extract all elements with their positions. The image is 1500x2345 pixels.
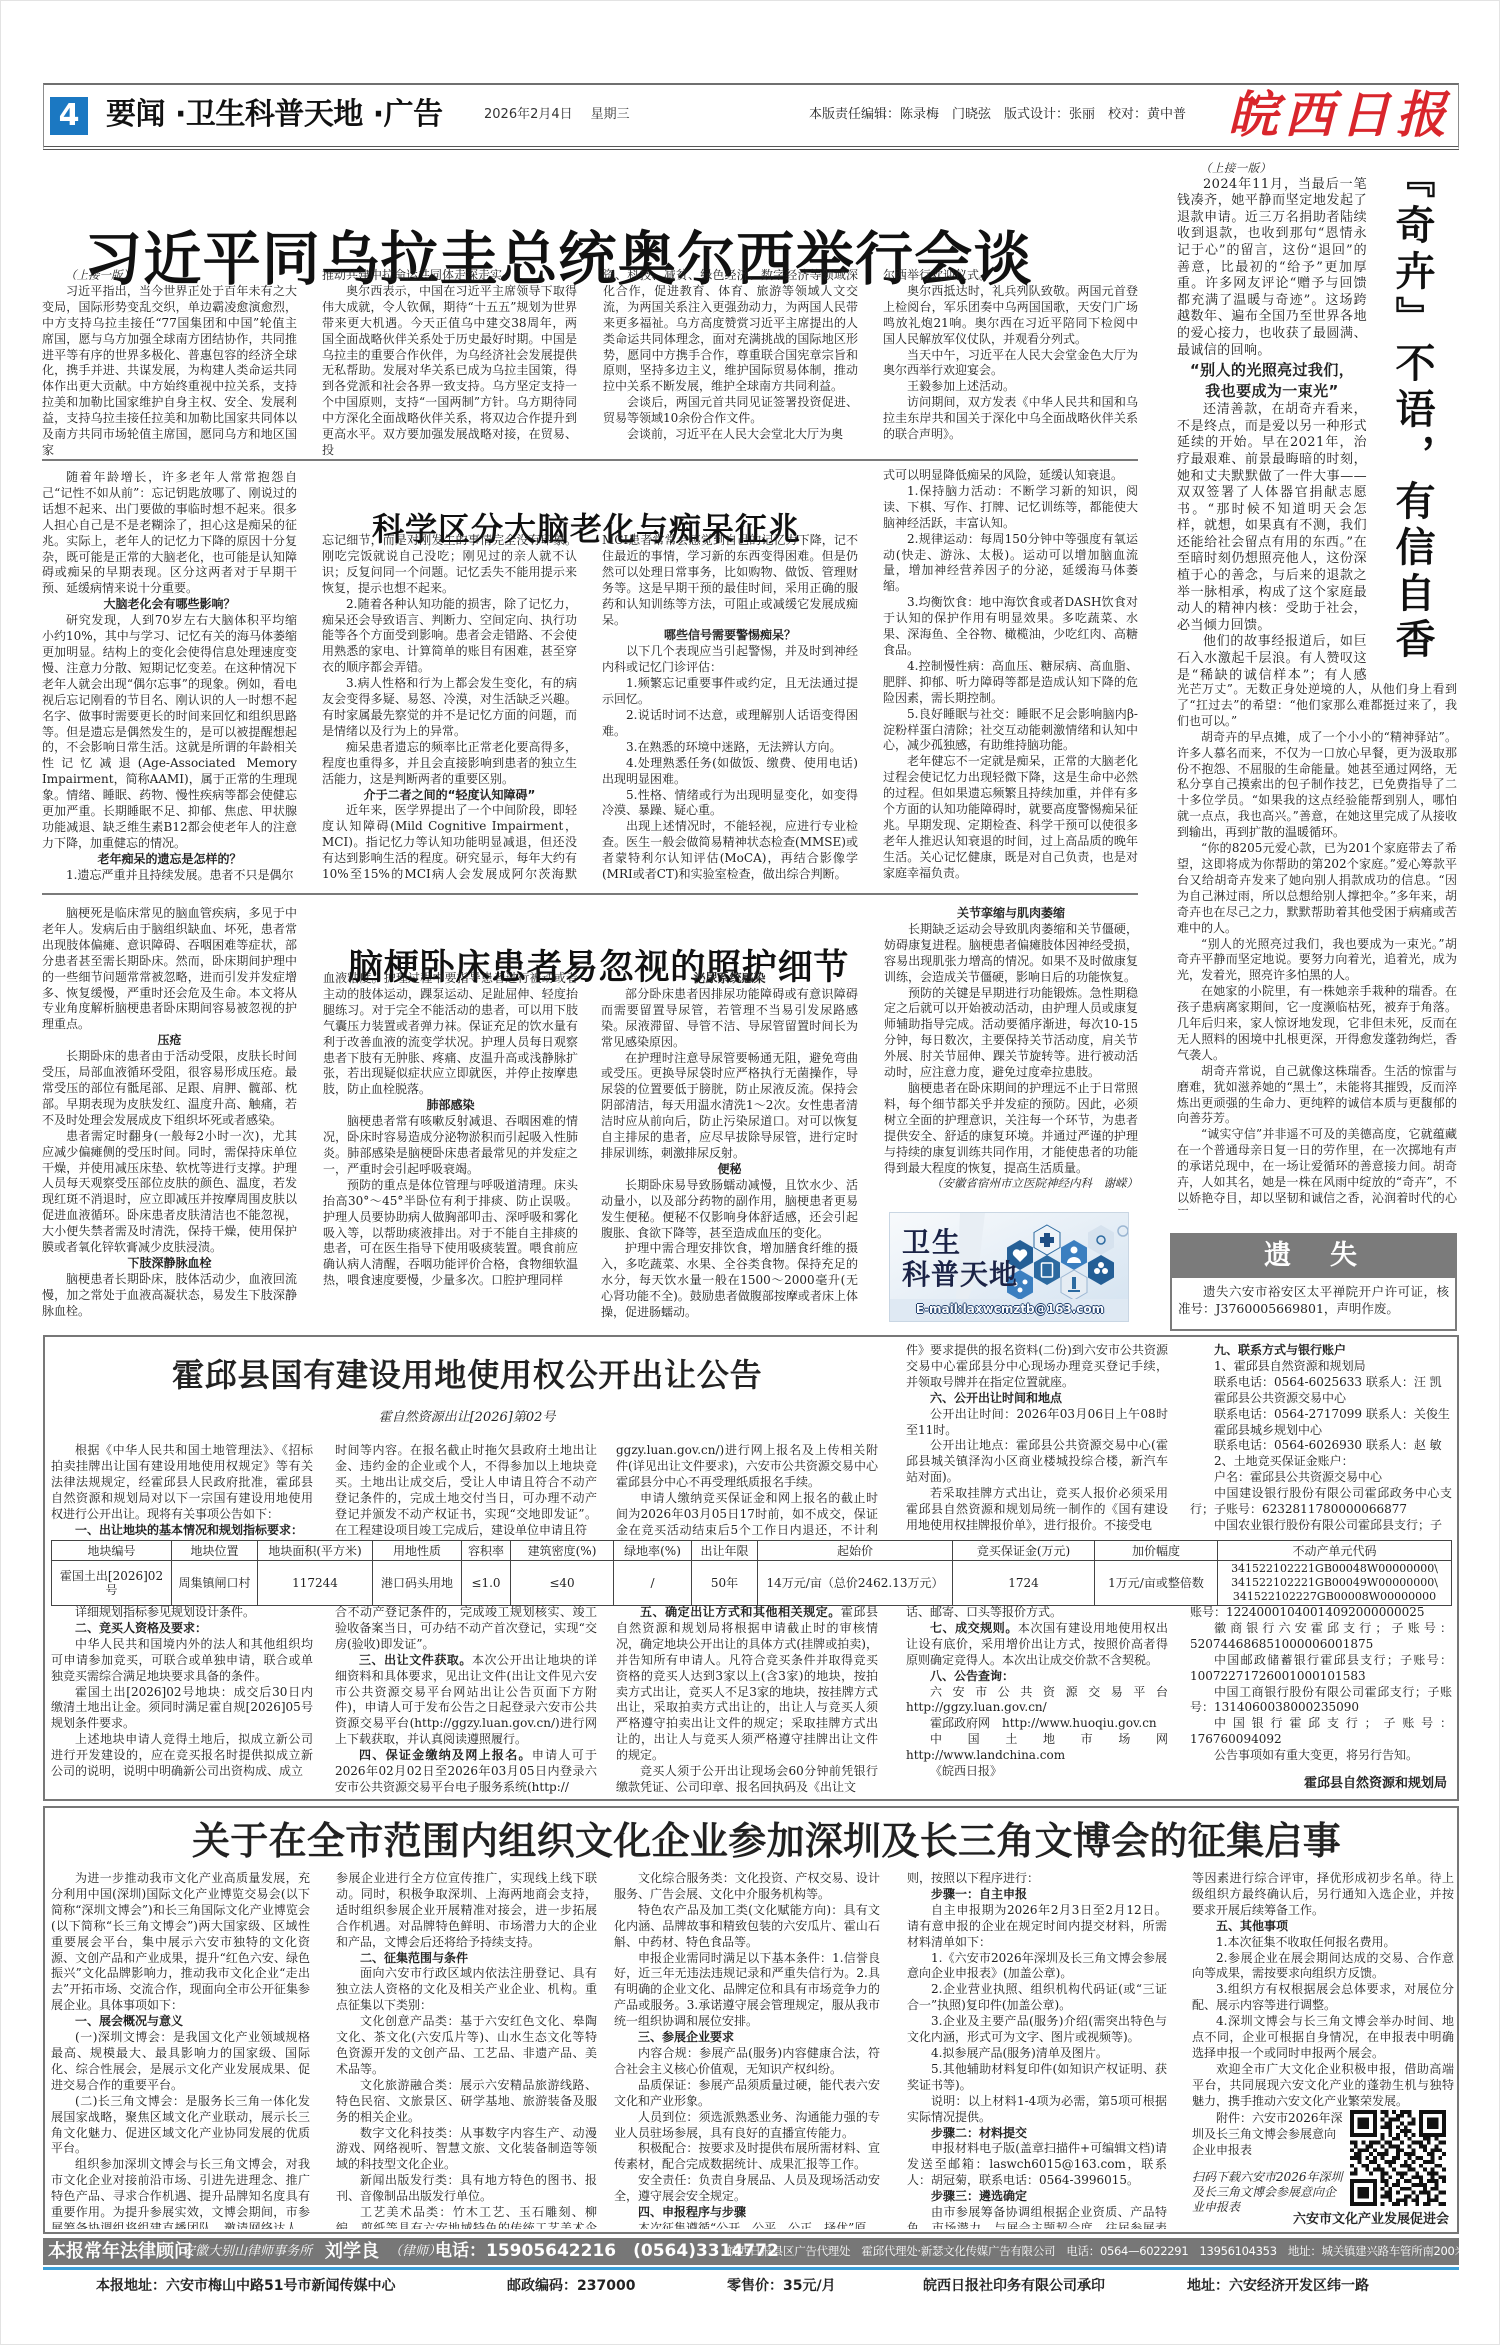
subheading: 大脑老化会有哪些影响？	[42, 597, 297, 613]
paragraph: 文化旅游融合类：展示六安精品旅游线路、特色民宿、文旅景区、研学基地、旅游装备及服…	[336, 2078, 597, 2126]
paragraph: 脑梗患者长期卧床，肢体活动少，血液回流慢，加之常处于血液高凝状态，易发生下肢深静…	[42, 1272, 297, 1320]
paragraph: 内容合规：参展产品(服务)内容健康合法，符合社会主义核心价值观，无知识产权纠纷。	[614, 2046, 880, 2078]
paragraph: “诚实守信”并非遥不可及的美德高度，它就蕴藏在一个普通母亲日复一日的劳作里，在一…	[1177, 1127, 1457, 1210]
notice-signature: 六安市文化产业发展促进会	[1293, 2211, 1449, 2229]
paragraph-continued: 时间等内容。在报名截止时拖欠县政府土地出让金、违约金的企业或个人，不得参加以上地…	[335, 1443, 597, 1538]
paragraph: 竞买人须于公开出让现场会60分钟前凭银行缴款凭证、公司印章、报名回执码及《出让文	[616, 1764, 878, 1795]
paragraph: 中国工商银行股份有限公司霍邱支行；子账号：1314060038000235090	[1190, 1685, 1452, 1717]
office-address: 本报地址：六安市梅山中路51号市新闻传媒中心	[96, 2276, 395, 2296]
law-firm-name: 安徽大别山律师事务所	[182, 2238, 312, 2265]
property-unit-code-cell: 341522102221GB00048W00000000\ 3415221022…	[1218, 1561, 1452, 1606]
plot-ratio-cell: ≤1.0	[462, 1561, 511, 1606]
section-heading: 步骤二：材料提交	[907, 2126, 1167, 2142]
paragraph: 中国土地市场网 http://www.landchina.com	[906, 1732, 1168, 1764]
parcel-location-cell: 周集镇闸口村	[172, 1561, 258, 1606]
paragraph: 自主申报期为2026年2月3日至2月12日。请有意申报的企业在规定时间内提交材料…	[907, 1903, 1167, 1951]
lawyer-title: （律师）	[389, 2238, 441, 2265]
paragraph: 六安市公共资源交易平台 http://ggzy.luan.gov.cn/	[906, 1685, 1168, 1717]
unit-code: 341522102221GB00049W00000000\	[1220, 1576, 1449, 1590]
paragraph: 长期卧床易导致肠蠕动减慢，且饮水少、活动量小，以及部分药物的副作用，脑梗患者更易…	[601, 1178, 858, 1242]
notice-column: ggzy.luan.gov.cn/)进行网上报名及上传相关附件(详见出让文件要求…	[616, 1443, 878, 1539]
paragraph: 三、出让文件获取。本次公开出让地块的详细资料和具体要求，见出让文件(出让文件见六…	[335, 1653, 597, 1748]
paragraph: 在护理时注意导尿管要畅通无阻，避免弯曲或受压。更换导尿袋时应严格执行无菌操作，导…	[601, 1051, 858, 1162]
paragraph: 数字文化科技类：从事数字内容生产、动漫游戏、网络视听、智慧文旅、文化装备制造等领…	[336, 2126, 597, 2174]
column-header: 出让年限	[692, 1541, 758, 1561]
paragraph: 会谈后，两国元首共同见证签署投资促进、贸易等领域10余份合作文件。	[603, 395, 858, 427]
paragraph: 七、成交规则。本次国有建设用地使用权出让设有底价，采用增价出让方式，按照价高者得…	[906, 1621, 1168, 1669]
run-in-heading: 三、出让文件获取。	[359, 1653, 472, 1667]
paragraph-continued: 血液粘度。护理过程中要指导患者进行被动或者主动的肢体运动，踝泵运动、足趾屈伸、轻…	[323, 971, 578, 1098]
paragraph: 脑梗患者在卧床期间的护理远不止于日常照料，每个细节都关乎并发症的预防。因此，必须…	[884, 1081, 1138, 1176]
notice-signature: 霍邱县自然资源和规划局	[1304, 1775, 1447, 1793]
paragraph: 5.性格、情绪或行为出现明显变化，如变得冷漠、暴躁、疑心重。	[602, 788, 858, 820]
continued-from-note: （上接一版）	[1177, 160, 1367, 177]
subheading: 肺部感染	[323, 1098, 578, 1114]
paragraph: 积极配合：按要求及时提供布展所需材料、宣传素材，配合完成数据统计、成果汇报等工作…	[614, 2141, 880, 2173]
paragraph: 徽商银行六安霍邱支行；子账号：520744686851000006001875	[1190, 1621, 1452, 1653]
notice-column: 则，按照以下程序进行：步骤一：自主申报自主申报期为2026年2月3日至2月12日…	[907, 1871, 1167, 2229]
paragraph-continued: 尔西举行欢迎仪式。	[883, 268, 1138, 284]
article-column: 关节挛缩与肌肉萎缩长期缺乏运动会导致肌肉萎缩和关节僵硬，妨碍康复进程。脑梗患者偏…	[884, 906, 1138, 1204]
legal-advisor-label: 本报常年法律顾问	[48, 2238, 192, 2265]
subheading: 老年痴呆的遗忘是怎样的？	[42, 852, 297, 868]
column-header: 地块面积(平方米)	[258, 1541, 373, 1561]
paragraph: 长期卧床的患者由于活动受限，皮肤长时间受压，局部血液循环受阻，很容易形成压疮。最…	[42, 1049, 297, 1129]
subheading: 泌尿系统感染	[601, 971, 858, 987]
article-column: 式可以明显降低痴呆的风险，延缓认知衰退。1.保持脑力活动：不断学习新的知识，阅读…	[883, 468, 1138, 883]
paragraph: 公开出让地点：霍邱县公共资源交易中心(霍邱县城关镇泽沟小区商业楼城投综合楼，新汽…	[906, 1438, 1168, 1486]
paragraph: 还清善款，在胡奇卉看来，不是终点，而是爱以另一种形式延续的开始。早在2021年，…	[1177, 402, 1367, 634]
page-header: 4 要闻 ·卫生科普天地 ·广告 2026年2月4日星期三 本版责任编辑：陈录梅…	[43, 83, 1459, 150]
retail-price: 零售价：35元/月	[727, 2276, 836, 2296]
section-heading: 二、竞买人资格及要求：	[51, 1621, 313, 1637]
subheading: “别人的光照亮过我们，	[1177, 360, 1367, 380]
paragraph: 2.参展企业在展会期间达成的交易、合作意向等成果，需按要求向组织方反馈。	[1192, 1951, 1454, 1983]
footer-divider	[43, 2267, 1459, 2270]
attachment-note: 附件：六安市2026年深圳及长三角文博会参展意向企业申报表	[1192, 2110, 1344, 2158]
article-column: 泌尿系统感染部分卧床患者因排尿功能障碍或有意识障碍而需要留置导尿管，若管理不当易…	[601, 971, 858, 1330]
notice-column: 账号：12240001040014092000000025徽商银行六安霍邱支行；…	[1190, 1605, 1452, 1770]
subheading: 介于二者之间的“轻度认知障碍”	[322, 788, 577, 804]
paragraph: 公告事项如有重大变更，将另行告知。	[1190, 1748, 1452, 1764]
paragraph: 中华人民共和国境内外的法人和其他组织均可申请参加竞买，可联合或单独申请，联合或单…	[51, 1637, 313, 1685]
lawyer-name: 刘学良	[325, 2238, 379, 2265]
paragraph: 患者需定时翻身(一般每2小时一次)，尤其应减少偏瘫侧的受压时间。同时，需保持床单…	[42, 1129, 297, 1256]
paragraph: 人员到位：须选派熟悉业务、沟通能力强的专业人员驻场参展，具有良好的直播宣传能力。	[614, 2110, 880, 2142]
paragraph: 2.规律运动：每周150分钟中等强度有氧运动(快走、游泳、太极)。运动可以增加脑…	[883, 532, 1138, 596]
feature-vertical-title: 『奇卉』不语，有信自香	[1384, 158, 1440, 678]
paragraph: 文化创意产品类：基于六安红色文化、皋陶文化、茶文化(六安瓜片等)、山水生态文化等…	[336, 2014, 597, 2078]
paragraph: 说明：以上材料1-4项为必需，第5项可根据实际情况提供。	[907, 2094, 1167, 2126]
paragraph: 欢迎全市广大文化企业积极申报，借助高端平台，共同展现六安文化产业的蓬勃生机与独特…	[1192, 2062, 1454, 2107]
column-header: 不动产单元代码	[1218, 1541, 1452, 1561]
paragraph: 根据《中华人民共和国土地管理法》、《招标拍卖挂牌出让国有建设用地使用权规定》等有…	[51, 1443, 313, 1523]
paragraph: 本次征集遵循“公开、公平、公正、择优”原	[614, 2221, 880, 2229]
section-heading: 六、公开出让时间和地点	[906, 1391, 1168, 1407]
section-divider	[42, 893, 1138, 895]
newspaper-logo: 皖西日报	[1228, 85, 1452, 145]
paragraph: 5.良好睡眠与社交：睡眠不足会影响脑内β-淀粉样蛋白清除；社交互动能刺激情绪和认…	[883, 707, 1138, 755]
paragraph: 奥尔西表示，中国在习近平主席领导下取得伟大成就，令人钦佩，期待“十五五”规划为世…	[322, 284, 577, 458]
paragraph: 1.《六安市2026年深圳及长三角文博会参展意向企业申报表》(加盖公章)。	[907, 1951, 1167, 1983]
notice-column: 件》要求提供的报名资料(二份)到六安市公共资源交易中心霍邱县分中心现场办理竞买登…	[906, 1343, 1168, 1539]
paragraph: 申请人缴纳竞买保证金和网上报名的截止时间为2026年03月05日17时前，如不成…	[616, 1491, 878, 1539]
section-heading: 三、参展企业要求	[614, 2030, 880, 2046]
notice-column: 为进一步推动我市文化产业高质量发展，充分利用中国(深圳)国际文化产业博览交易会(…	[51, 1871, 310, 2229]
paragraph-continued: 式可以明显降低痴呆的风险，延缓认知衰退。	[883, 468, 1138, 484]
byline: （安徽省宿州市第二人民医院老年精神科 惠洁）	[883, 882, 1138, 883]
paragraph: 长期缺乏运动会导致肌肉萎缩和关节僵硬，妨碍康复进程。脑梗患者偏瘫肢体因神经受损，…	[884, 922, 1138, 986]
unit-code: 341522102221GB00048W00000000\	[1220, 1562, 1449, 1576]
paragraph: 2.随着各种认知功能的损害，除了记忆力，痴呆还会导致语言、判断力、空间定向、执行…	[322, 597, 577, 677]
paragraph: 4.拟参展产品(服务)清单及图片。	[907, 2046, 1167, 2062]
paragraph: 3.病人性格和行为上都会发生变化，有的病友会变得多疑、易怒、冷漠，对生活缺乏兴趣…	[322, 676, 577, 740]
section-title: 要闻 ·卫生科普天地 ·广告	[106, 95, 443, 135]
paragraph-continued: 忘记细节，而是对刚发生的事情完全没有印象。刚吃完饭就说自己没吃；刚见过的亲人就不…	[322, 533, 577, 597]
paragraph: 1.频繁忘记重要事件或约定，且无法通过提示回忆。	[602, 676, 858, 708]
paragraph: 特色农产品及加工类(文化赋能方向)：具有文化内涵、品牌故事和精致包装的六安瓜片、…	[614, 1903, 880, 1951]
paragraph: 1.保持脑力活动：不断学习新的知识，阅读、下棋、写作、打牌、记忆训练等，都能使大…	[883, 484, 1138, 532]
paragraph: 中国建设银行股份有限公司霍邱政务中心支行；子账号：623281178000006…	[1190, 1486, 1452, 1518]
article-column: 资、科技、减贫、绿色经济、数字经济等领域深化合作，促进教育、体育、旅游等领域人文…	[603, 268, 858, 458]
paragraph: 联系电话：0564-6026930 联系人：赵 敏	[1190, 1438, 1452, 1454]
subheading: 压疮	[42, 1033, 297, 1049]
banner-email: E-mail:laxwcmztb@163.com	[890, 1301, 1129, 1317]
paragraph: 户名：霍邱县公共资源交易中心	[1190, 1470, 1452, 1486]
article-column: 忘记细节，而是对刚发生的事情完全没有印象。刚吃完饭就说自己没吃；刚见过的亲人就不…	[322, 533, 577, 883]
paragraph: 3.组织方有权根据展会总体要求，对展位分配、展示内容等进行调整。	[1192, 1982, 1454, 2014]
paragraph-text: 霍邱县自然资源和规划局将根据申请截止时的审核情况，确定地块公开出让的具体方式(挂…	[616, 1605, 878, 1762]
paragraph-continued: 件》要求提供的报名资料(二份)到六安市公共资源交易中心霍邱县分中心现场办理竞买登…	[906, 1343, 1168, 1391]
notice-column: 时间等内容。在报名截止时拖欠县政府土地出让金、违约金的企业或个人，不得参加以上地…	[335, 1443, 597, 1539]
column-header: 地块位置	[172, 1541, 258, 1561]
notice-column: 五、确定出让方式和其他相关规定。霍邱县自然资源和规划局将根据申请截止时的审核情况…	[616, 1605, 878, 1795]
notice-column: 合不动产登记条件的，完成竣工规划核实、竣工验收备案当日，可办结不动产首次登记，实…	[335, 1605, 597, 1795]
paragraph: “你的8205元爱心款，已为201个家庭带去了希望，这即将成为你帮助的第202个…	[1177, 841, 1457, 936]
column-header: 起始价	[758, 1541, 953, 1561]
legal-advisor-bar: 本报常年法律顾问 安徽大别山律师事务所 刘学良 （律师） 电话：15905642…	[43, 2238, 1459, 2265]
article-column: （上接一版）习近平指出，当今世界正处于百年未有之大变局，国际形势变乱交织，单边霸…	[42, 268, 297, 458]
article-column: 脑梗死是临床常见的脑血管疾病，多见于中老年人。发病后由于脑组织缺血、坏死，患者常…	[42, 906, 297, 1330]
paragraph: 申报材料电子版(盖章扫描件+可编辑文档)请发送至邮箱：laswch6015@16…	[907, 2141, 1167, 2189]
land-use-cell: 港口码头用地	[373, 1561, 462, 1606]
paragraph: 工艺美术品类：竹木工艺、玉石雕刻、柳编、剪纸等具有六安地域特色的传统工艺美术企业…	[336, 2205, 597, 2229]
paragraph-continued: 话、邮寄、口头等报价方式。	[906, 1605, 1168, 1621]
feature-column-narrow: （上接一版）2024年11月，当最后一笔钱凑齐，她平静而坚定地发起了退款申请。近…	[1177, 160, 1367, 682]
paragraph-continued: 则，按照以下程序进行：	[907, 1871, 1167, 1887]
paragraph: 品质保证：参展产品须质量过硬，能代表六安文化和产业形象。	[614, 2078, 880, 2110]
unit-code: 341522102227GB00008W00000000	[1220, 1590, 1449, 1604]
paragraph: 为进一步推动我市文化产业高质量发展，充分利用中国(深圳)国际文化产业博览交易会(…	[51, 1871, 310, 2014]
paragraph: 随着年龄增长，许多老年人常常抱怨自己“记性不如从前”：忘记钥匙放哪了、刚说过的话…	[42, 470, 297, 597]
subheading: 哪些信号需要警惕痴呆？	[602, 628, 858, 644]
paragraph: 2.企业营业执照、组织机构代码证(或“三证合一”执照)复印件(加盖公章)。	[907, 1982, 1167, 2014]
paragraph: 3.均衡饮食：地中海饮食或者DASH饮食对于认知的保护作用有明显效果。多吃蔬菜、…	[883, 595, 1138, 659]
notice-column: 九、联系方式与银行账户1、霍邱县自然资源和规划局联系电话：0564-602563…	[1190, 1343, 1452, 1539]
notice-title: 关于在全市范围内组织文化企业参加深圳及长三角文博会的征集启事	[192, 1818, 1341, 1864]
issue-date: 2026年2月4日星期三	[484, 105, 630, 125]
paragraph: (二)长三角文博会：是服务长三角一体化发展国家战略，聚焦区域文化产业联动，展示长…	[51, 2094, 310, 2158]
paragraph: 安全责任：负责自身展品、人员及现场活动安全，遵守展会安全规定。	[614, 2173, 880, 2205]
paragraph: 脑梗患者常有咳嗽反射减退、吞咽困难的情况，卧床时容易造成分泌物淤积而引起吸入性肺…	[323, 1114, 578, 1178]
paragraph: 部分卧床患者因排尿功能障碍或有意识障碍而需要留置导尿管，若管理不当易引发尿路感染…	[601, 987, 858, 1051]
paragraph: 出现上述情况时，不能轻视，应进行专业检查。医生一般会做简易精神状态检查(MMSE…	[602, 819, 858, 883]
paragraph: 以下几个表现应当引起警惕，并及时到神经内科或记忆门诊评估：	[602, 644, 858, 676]
green-ratio-cell: /	[614, 1561, 692, 1606]
paragraph-continued: 光芒万丈”。无数正身处逆境的人，从他们身上看到了“扛过去”的希望：“他们家那么难…	[1177, 682, 1457, 730]
byline: （安徽省宿州市立医院神经内科 谢嵘）	[884, 1176, 1138, 1192]
paragraph: 4.控制慢性病：高血压、糖尿病、高血脂、肥胖、抑郁、听力障碍等都是造成认知下降的…	[883, 659, 1138, 707]
lost-notice-header: 遗 失	[1170, 1233, 1457, 1278]
continued-from-note: （上接一版）	[42, 268, 297, 284]
paragraph: 1、霍邱县自然资源和规划局	[1190, 1359, 1452, 1375]
postal-code: 邮政编码：237000	[507, 2276, 635, 2296]
paragraph: 3.在熟悉的环境中迷路，无法辨认方向。	[602, 740, 858, 756]
notice-column: 详细规划指标参见规划设计条件。二、竞买人资格及要求：中华人民共和国境内外的法人和…	[51, 1605, 313, 1795]
column-header: 建筑密度(%)	[511, 1541, 614, 1561]
run-in-heading: 四、保证金缴纳及网上报名。	[359, 1748, 532, 1762]
lost-notice-text: 遗失六安市裕安区太平禅院开户许可证，核准号：J3760005669801，声明作…	[1170, 1278, 1457, 1331]
paragraph: 联系电话：0564-2717099 联系人：关俊生	[1190, 1407, 1452, 1423]
health-column-banner: 卫生 科普天地 E-mail:laxwcmztb@163.com	[889, 1212, 1129, 1322]
paragraph: 当天中午，习近平在人民大会堂金色大厅为奥尔西举行欢迎宴会。	[883, 348, 1138, 380]
land-parcel-table: 地块编号 地块位置 地块面积(平方米) 用地性质 容积率 建筑密度(%) 绿地率…	[51, 1540, 1452, 1606]
expo-recruitment-notice: 关于在全市范围内组织文化企业参加深圳及长三角文博会的征集启事 为进一步推动我市文…	[43, 1806, 1459, 2234]
paragraph: 中国农业银行股份有限公司霍邱县支行；子	[1190, 1518, 1452, 1534]
parcel-number-cell: 霍国土出[2026]02号	[52, 1561, 172, 1606]
paragraph: 习近平指出，当今世界正处于百年未有之大变局，国际形势变乱交织，单边霸凌愈演愈烈，…	[42, 284, 297, 458]
paragraph-continued: ggzy.luan.gov.cn/)进行网上报名及上传相关附件(详见出让文件要求…	[616, 1443, 878, 1491]
paragraph: 霍邱政府网 http://www.huoqiu.gov.cn	[906, 1716, 1168, 1732]
notice-column: 文化综合服务类：文化投资、产权交易、设计服务、广告会展、文化中介服务机构等。特色…	[614, 1871, 880, 2229]
feature-column-wide: 光芒万丈”。无数正身处逆境的人，从他们身上看到了“扛过去”的希望：“他们家那么难…	[1177, 682, 1457, 1210]
qr-code-icon	[1350, 2110, 1446, 2206]
subheading: 关节挛缩与肌肉萎缩	[884, 906, 1138, 922]
notice-column: 等因素进行综合评审，择优形成初步名单。待上级组织方最终确认后，另行通知入选企业，…	[1192, 1871, 1454, 2107]
starting-price-cell: 14万元/亩（总价2462.13万元）	[758, 1561, 953, 1606]
article-column: 尔西举行欢迎仪式。奥尔西抵达时，礼兵列队致敬。两国元首登上检阅台，军乐团奏中乌两…	[883, 268, 1138, 458]
notice-column: 话、邮寄、口头等报价方式。七、成交规则。本次国有建设用地使用权出让设有底价，采用…	[906, 1605, 1168, 1795]
paragraph: 1.本次征集不收取任何报名费用。	[1192, 1935, 1454, 1951]
paragraph: 预防的关键是早期进行功能锻炼。急性期稳定之后就可以开始被动活动，由护理人员或康复…	[884, 986, 1138, 1081]
notice-title: 霍邱县国有建设用地使用权公开出让公告	[172, 1355, 762, 1395]
paragraph: 脑梗死是临床常见的脑血管疾病，多见于中老年人。发病后由于脑组织缺血、坏死，患者常…	[42, 906, 297, 1033]
paragraph: (一)深圳文博会：是我国文化产业领域规格最高、规模最大、最具影响力的国家级、国际…	[51, 2030, 310, 2094]
paragraph: “别人的光照亮过我们，我也要成为一束光。”胡奇卉平静而坚定地说。要努力向着光，追…	[1177, 937, 1457, 985]
column-header: 竞买保证金(万元)	[953, 1541, 1095, 1561]
deposit-cell: 1724	[953, 1561, 1095, 1606]
article-column: 推动共建中拉命运共同体走深走实。奥尔西表示，中国在习近平主席领导下取得伟大成就，…	[322, 268, 577, 458]
section-heading: 五、其他事项	[1192, 1919, 1454, 1935]
paragraph-continued: 等因素进行综合评审，择优形成初步名单。待上级组织方最终确认后，另行通知入选企业，…	[1192, 1871, 1454, 1919]
paragraph: 王毅参加上述活动。	[883, 379, 1138, 395]
document-number: 霍自然资源出让[2026]第02号	[172, 1409, 762, 1427]
lease-term-cell: 50年	[692, 1561, 758, 1606]
paragraph: 胡奇卉的早点摊，成了一个小小的“精神驿站”。许多人慕名而来，不仅为一口放心早餐，…	[1177, 730, 1457, 841]
date-text: 2026年2月4日	[484, 107, 573, 122]
section-heading: 二、征集范围与条件	[336, 1951, 597, 1967]
paragraph: 四、保证金缴纳及网上报名。申请人可于2026年02月02日至2026年03月05…	[335, 1748, 597, 1795]
article-column: 血液粘度。护理过程中要指导患者进行被动或者主动的肢体运动，踝泵运动、足趾屈伸、轻…	[323, 971, 578, 1330]
banner-title-line2: 科普天地	[902, 1259, 1018, 1291]
paragraph: 文化综合服务类：文化投资、产权交易、设计服务、广告会展、文化中介服务机构等。	[614, 1871, 880, 1903]
paragraph: 中国邮政储蓄银行霍邱县支行；子账号：1007227172600100010158…	[1190, 1653, 1452, 1685]
section-heading: 步骤三：遴选确定	[907, 2189, 1167, 2205]
column-header: 地块编号	[52, 1541, 172, 1561]
section-heading: 九、联系方式与银行账户	[1190, 1343, 1452, 1359]
paragraph: 公开出让时间：2026年03月06日上午08时至11时。	[906, 1407, 1168, 1439]
ad-agency-info: 皖西日报县区广告代理处 霍邱代理处·新瑟文化传媒广告有限公司 电话：0564—6…	[727, 2238, 1459, 2265]
editor-credits: 本版责任编辑：陈录梅 门晓弦 版式设计：张丽 校对：黄中普	[809, 105, 1186, 125]
paragraph: 霍邱县公共资源交易中心	[1190, 1391, 1452, 1407]
paragraph-continued: 参展企业进行全方位宣传推广，实现线上线下联动。同时，积极争取深圳、上海两地商会支…	[336, 1871, 597, 1951]
paragraph: 2、土地竞买保证金账户：	[1190, 1454, 1452, 1470]
column-header: 绿地率(%)	[614, 1541, 692, 1561]
paragraph: 上述地块申请人竞得土地后，拟成立新公司进行开发建设的，应在竞买报名时提供拟成立新…	[51, 1732, 313, 1780]
paragraph: 5.其他辅助材料复印件(如知识产权证明、获奖证书等)。	[907, 2062, 1167, 2094]
paragraph: 预防的重点是体位管理与呼吸道清理。床头抬高30°～45°半卧位有利于排痰、防止误…	[323, 1178, 578, 1289]
paragraph-continued: MCI患者常常会感觉到自己的记忆力下降，记不住最近的事情，学习新的东西变得困难。…	[602, 533, 858, 628]
subheading: 我也要成为一束光”	[1177, 381, 1367, 401]
bid-increment-cell: 1万元/亩或整倍数	[1095, 1561, 1218, 1606]
paragraph: 在她家的小院里，有一株她亲手栽种的瑞香。在孩子患病离家期间，它一度濒临枯死，被弃…	[1177, 984, 1457, 1064]
paragraph: 近年来，医学界提出了一个中间阶段，即轻度认知障碍(Mild Cognitive …	[322, 803, 577, 883]
qr-caption: 扫码下载六安市2026年深圳及长三角文博会参展意向企业申报表	[1192, 2170, 1344, 2215]
table-header-row: 地块编号 地块位置 地块面积(平方米) 用地性质 容积率 建筑密度(%) 绿地率…	[52, 1541, 1452, 1561]
paragraph: 访问期间，双方发表《中华人民共和国和乌拉圭东岸共和国关于深化中乌全面战略伙伴关系…	[883, 395, 1138, 443]
column-header: 用地性质	[373, 1541, 462, 1561]
paragraph: 若采取挂牌方式出让，竞买人报价必须采用霍邱县自然资源和规划局统一制作的《国有建设…	[906, 1486, 1168, 1534]
parcel-area-cell: 117244	[258, 1561, 373, 1606]
column-header: 容积率	[462, 1541, 511, 1561]
paragraph: 新闻出版发行类：具有地方特色的图书、报刊、音像制品出版发行单位。	[336, 2173, 597, 2205]
section-heading: 八、公告查询：	[906, 1669, 1168, 1685]
page-number-badge: 4	[50, 97, 88, 135]
section-heading: 一、展会概况与意义	[51, 2014, 310, 2030]
paragraph: 4.深圳文博会与长三角文博会举办时间、地点不同，企业可根据自身情况，在申报表中明…	[1192, 2014, 1454, 2062]
paragraph: 1.遗忘严重并且持续发展。患者不只是偶尔	[42, 868, 297, 882]
paragraph-continued: 推动共建中拉命运共同体走深走实。	[322, 268, 577, 284]
paragraph: 3.企业及主要产品(服务)介绍(需突出特色与文化内涵，形式可为文字、图片或视频等…	[907, 2014, 1167, 2046]
paragraph: 申报企业需同时满足以下基本条件：1.信誉良好，近三年无违法违规记录和严重失信行为…	[614, 1951, 880, 2031]
article-column: MCI患者常常会感觉到自己的记忆力下降，记不住最近的事情，学习新的东西变得困难。…	[602, 533, 858, 883]
subheading: 下肢深静脉血栓	[42, 1256, 297, 1272]
paragraph: 五、确定出让方式和其他相关规定。霍邱县自然资源和规划局将根据申请截止时的审核情况…	[616, 1605, 878, 1764]
paragraph: 胡奇卉常说，自己就像这株瑞香。生活的惊雷与磨难，犹如滋养她的“黑土”，未能将其摧…	[1177, 1064, 1457, 1128]
paragraph: 奥尔西抵达时，礼兵列队致敬。两国元首登上检阅台，军乐团奏中乌两国国歌，天安门广场…	[883, 284, 1138, 348]
column-header: 加价幅度	[1095, 1541, 1218, 1561]
table-row: 霍国土出[2026]02号 周集镇闸口村 117244 港口码头用地 ≤1.0 …	[52, 1561, 1452, 1606]
paragraph-continued: 账号：12240001040014092000000025	[1190, 1605, 1452, 1621]
notice-column: 参展企业进行全方位宣传推广，实现线上线下联动。同时，积极争取深圳、上海两地商会支…	[336, 1871, 597, 2229]
paragraph: 霍邱县城乡规划中心	[1190, 1423, 1452, 1439]
run-in-heading: 五、确定出让方式和其他相关规定。	[640, 1605, 841, 1619]
paragraph: 痴呆患者遗忘的频率比正常老化要高得多，程度也重得多，并且会直接影响到患者的独立生…	[322, 740, 577, 788]
subheading: 便秘	[601, 1162, 858, 1178]
section-divider	[42, 459, 1138, 461]
paragraph: 他们的故事经报道后，如巨石入水激起千层浪。有人赞叹这是“稀缺的诚信样本”；有人感…	[1177, 634, 1367, 682]
section-heading: 步骤一：自主申报	[907, 1887, 1167, 1903]
paragraph: 霍国土出[2026]02号地块：成交后30日内缴清土地出让金。须同时满足霍自规[…	[51, 1685, 313, 1733]
printer-name: 皖西日报社印务有限公司承印	[923, 2276, 1105, 2296]
paragraph: 4.处理熟悉任务(如做饭、缴费、使用电话)出现明显困难。	[602, 756, 858, 788]
section-heading: 一、出让地块的基本情况和规划指标要求：	[51, 1523, 313, 1539]
section-heading: 四、申报程序与步骤	[614, 2205, 880, 2221]
paragraph-continued: 合不动产登记条件的，完成竣工规划核实、竣工验收备案当日，可办结不动产首次登记，实…	[335, 1605, 597, 1653]
printer-address: 地址：六安经济开发区纬一路	[1187, 2276, 1369, 2296]
building-density-cell: ≤40	[511, 1561, 614, 1606]
run-in-heading: 七、成交规则。	[930, 1621, 1018, 1635]
paragraph: 老年健忘不一定就是痴呆，正常的大脑老化过程会使记忆力出现轻微下降，这是生命中必然…	[883, 754, 1138, 881]
paragraph: 组织参加深圳文博会与长三角文博会，对我市文化企业对接前沿市场、引进先进理念、推广…	[51, 2157, 310, 2229]
banner-title-line1: 卫生	[902, 1227, 962, 1259]
notice-column: 根据《中华人民共和国土地管理法》、《招标拍卖挂牌出让国有建设用地使用权规定》等有…	[51, 1443, 313, 1539]
paragraph: 研究发现，人到70岁左右大脑体积平均缩小约10%，其中与学习、记忆有关的海马体萎…	[42, 613, 297, 852]
paragraph: 2024年11月，当最后一笔钱凑齐，她平静而坚定地发起了退款申请。近三万名捐助者…	[1177, 177, 1367, 360]
paragraph: 由市参展筹备协调组根据企业资质、产品特色、市场潜力、与展会主题契合度、往届参展表…	[907, 2205, 1167, 2229]
paragraph: 《皖西日报》	[906, 1764, 1168, 1780]
paragraph: 面向六安市行政区域内依法注册登记、具有独立法人资格的文化及相关产业企业、机构。重…	[336, 1966, 597, 2014]
paragraph: 中国银行霍邱支行；子账号：176760094092	[1190, 1716, 1452, 1748]
paragraph: 2.说话时词不达意，或理解别人话语变得困难。	[602, 708, 858, 740]
weekday-text: 星期三	[591, 107, 630, 122]
paragraph: 会谈前，习近平在人民大会堂北大厅为奥	[603, 427, 858, 443]
paragraph: 详细规划指标参见规划设计条件。	[51, 1605, 313, 1621]
paragraph: 联系电话：0564-6025633 联系人：汪 凯	[1190, 1375, 1452, 1391]
paragraph: 护理中需合理安排饮食，增加膳食纤维的摄入，多吃蔬菜、水果、全谷类食物。保持充足的…	[601, 1241, 858, 1321]
land-auction-notice: 霍邱县国有建设用地使用权公开出让公告 霍自然资源出让[2026]第02号 根据《…	[43, 1335, 1459, 1801]
paragraph-continued: 资、科技、减贫、绿色经济、数字经济等领域深化合作，促进教育、体育、旅游等领域人文…	[603, 268, 858, 395]
article-column: 随着年龄增长，许多老年人常常抱怨自己“记性不如从前”：忘记钥匙放哪了、刚说过的话…	[42, 470, 297, 882]
